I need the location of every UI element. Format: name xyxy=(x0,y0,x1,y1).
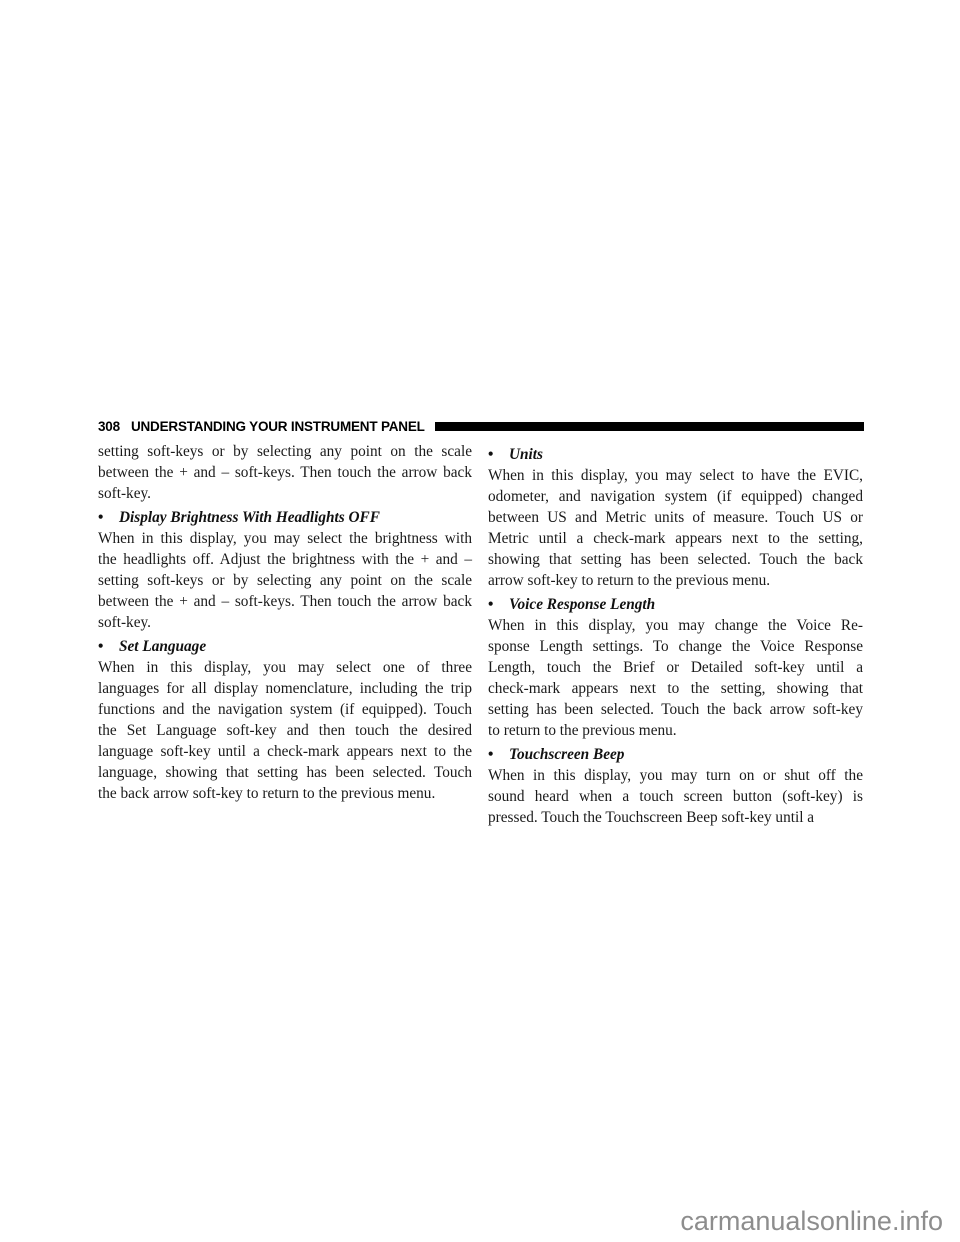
section-heading: • Units xyxy=(488,444,863,465)
section-heading: • Set Language xyxy=(98,636,472,657)
section-voice-response-length: • Voice Response Length When in this dis… xyxy=(488,594,863,741)
section-heading: • Touchscreen Beep xyxy=(488,744,863,765)
bullet-icon: • xyxy=(488,744,509,765)
page-number: 308 xyxy=(98,419,120,434)
bullet-icon: • xyxy=(488,594,509,615)
section-heading-text: Voice Response Length xyxy=(509,594,655,615)
section-paragraph: When in this display, you may select the… xyxy=(98,528,472,633)
bullet-icon: • xyxy=(98,636,119,657)
intro-paragraph: setting soft-keys or by selecting any po… xyxy=(98,441,472,504)
section-paragraph: When in this display, you may select to … xyxy=(488,465,863,591)
manual-page: 308 UNDERSTANDING YOUR INSTRUMENT PANEL … xyxy=(0,0,960,1242)
section-heading-text: Touchscreen Beep xyxy=(509,744,624,765)
section-heading: • Display Brightness With Headlights OFF xyxy=(98,507,472,528)
right-column: • Units When in this display, you may se… xyxy=(488,441,863,828)
section-paragraph: When in this display, you may select one… xyxy=(98,657,472,804)
bullet-icon: • xyxy=(488,444,509,465)
section-units: • Units When in this display, you may se… xyxy=(488,444,863,591)
bullet-icon: • xyxy=(98,507,119,528)
section-heading-text: Units xyxy=(509,444,543,465)
section-set-language: • Set Language When in this display, you… xyxy=(98,636,472,804)
page-header: 308 UNDERSTANDING YOUR INSTRUMENT PANEL xyxy=(98,420,864,433)
section-heading: • Voice Response Length xyxy=(488,594,863,615)
section-display-brightness: • Display Brightness With Headlights OFF… xyxy=(98,507,472,633)
header-title: UNDERSTANDING YOUR INSTRUMENT PANEL xyxy=(131,419,425,434)
section-heading-text: Display Brightness With Headlights OFF xyxy=(119,507,380,528)
watermark: carmanualsonline.info xyxy=(680,1206,943,1237)
left-column: setting soft-keys or by selecting any po… xyxy=(98,441,472,804)
section-heading-text: Set Language xyxy=(119,636,206,657)
header-rule-bar xyxy=(435,422,864,431)
section-paragraph: When in this display, you may turn on or… xyxy=(488,765,863,828)
section-paragraph: When in this display, you may change the… xyxy=(488,615,863,741)
section-touchscreen-beep: • Touchscreen Beep When in this display,… xyxy=(488,744,863,828)
